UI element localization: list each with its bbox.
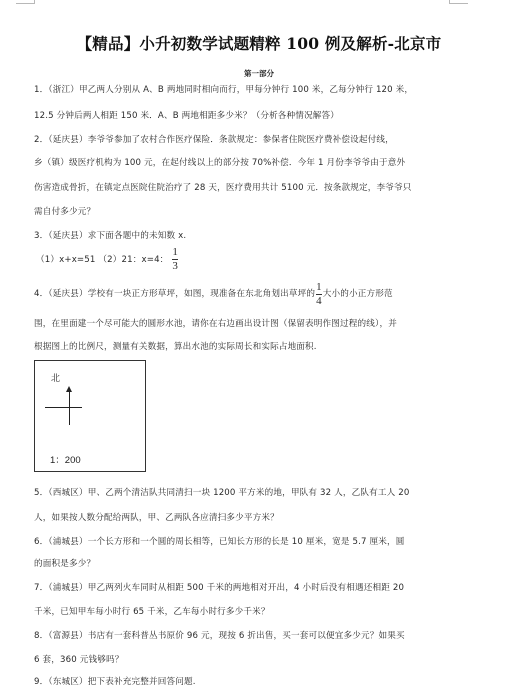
fraction-numerator: 1 bbox=[172, 247, 178, 258]
question-1-line-2: 12.5 分钟后两人相距 150 米．A、B 两地相距多少米？（分析各种情况解答… bbox=[34, 109, 339, 121]
question-4-line-3: 根据图上的比例尺，测量有关数据，算出水池的实际周长和实际占地面积. bbox=[34, 340, 317, 352]
question-2-line-2: 乡（镇）级医疗机构为 100 元，在起付线以上的部分按 70%补偿．今年 1 月… bbox=[34, 156, 405, 168]
fraction-denominator: 4 bbox=[316, 296, 322, 307]
north-label: 北 bbox=[51, 371, 60, 384]
question-2-line-3: 伤害造成骨折，在镇定点医院住院治疗了 28 天，医疗费用共计 5100 元．按条… bbox=[34, 181, 412, 193]
document-title: 【精品】小升初数学试题精粹 100 例及解析-北京市 bbox=[0, 32, 518, 54]
scale-label: 1：200 bbox=[50, 452, 81, 466]
equations-text: （1）x+x=51 （2）21：x=4： bbox=[36, 255, 168, 265]
question-7-line-2: 千米，已知甲车每小时行 65 千米，乙车每小时行多少千米？ bbox=[34, 605, 270, 617]
question-5-line-2: 人，如果按人数分配给两队，甲、乙两队各应清扫多少平方米？ bbox=[34, 511, 279, 523]
question-6-line-2: 的面积是多少？ bbox=[34, 557, 95, 569]
question-6-line-1: 6．（浦城县）一个长方形和一个圆的周长相等，已知长方形的长是 10 厘米，宽是 … bbox=[34, 535, 404, 547]
question-2-line-1: 2．（延庆县）李爷爷参加了农村合作医疗保险．条款规定：参保者住院医疗费补偿设起付… bbox=[34, 133, 394, 145]
question-8-line-2: 6 套，360 元钱够吗？ bbox=[34, 653, 123, 665]
question-8-line-1: 8．（富源县）书店有一套科普丛书原价 96 元，现按 6 折出售，买一套可以便宜… bbox=[34, 629, 405, 641]
question-4-line-1: 4．（延庆县）学校有一块正方形草坪，如图，现准备在东北角划出草坪的14大小的小正… bbox=[34, 282, 393, 307]
lawn-figure: 北 1：200 bbox=[34, 360, 146, 472]
fraction-one-third: 1 3 bbox=[172, 247, 178, 272]
question-5-line-1: 5．（西城区）甲、乙两个清洁队共同清扫一块 1200 平方米的地，甲队有 32 … bbox=[34, 486, 409, 498]
page-corner-mark-right bbox=[449, 0, 468, 4]
fraction-numerator: 1 bbox=[316, 282, 322, 293]
question-4-line-2: 围，在里面建一个尽可能大的圆形水池，请你在右边画出设计图（保留表明作图过程的线）… bbox=[34, 317, 397, 329]
compass-crossbar bbox=[45, 407, 82, 408]
fraction-one-quarter: 14 bbox=[316, 282, 322, 307]
question-3-line-1: 3．（延庆县）求下面各题中的未知数 x. bbox=[34, 229, 186, 241]
section-heading: 第一部分 bbox=[0, 68, 518, 79]
page-corner-mark-left bbox=[16, 0, 35, 4]
question-9-line-1: 9．（东城区）把下表补充完整并回答问题. bbox=[34, 675, 196, 687]
question-2-line-4: 需自付多少元？ bbox=[34, 205, 95, 217]
question-7-line-1: 7．（浦城县）甲乙两列火车同时从相距 500 千米的两地相对开出，4 小时后没有… bbox=[34, 581, 404, 593]
q4-text-before: 4．（延庆县）学校有一块正方形草坪，如图，现准备在东北角划出草坪的 bbox=[34, 289, 315, 299]
q4-text-after: 大小的小正方形范 bbox=[323, 289, 393, 299]
fraction-denominator: 3 bbox=[172, 261, 178, 272]
question-1-line-1: 1．（浙江）甲乙两人分别从 A、B 两地同时相向而行，甲每分钟行 100 米，乙… bbox=[34, 83, 413, 95]
question-3-equations: （1）x+x=51 （2）21：x=4： 1 3 bbox=[36, 247, 179, 272]
